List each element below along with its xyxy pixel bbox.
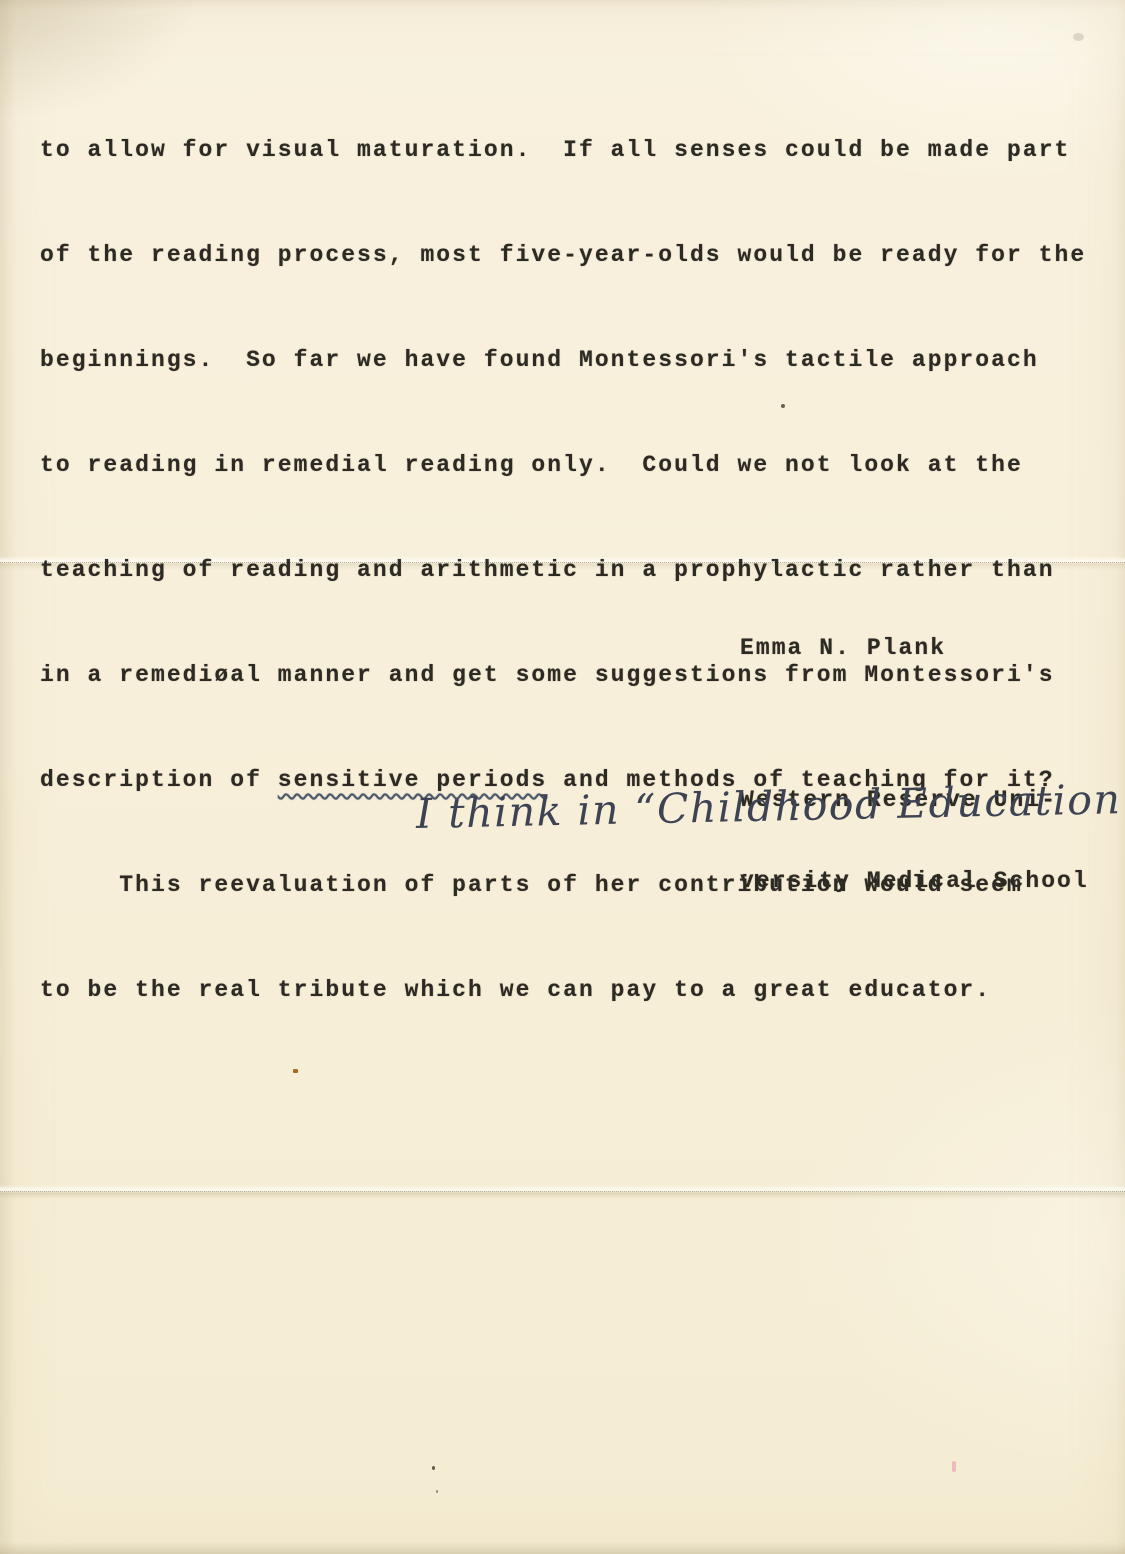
fold-crease-lower <box>0 1185 1125 1199</box>
body-line: beginnings. So far we have found Montess… <box>40 334 1086 387</box>
body-line-segment: description of <box>40 767 278 793</box>
body-line: to allow for visual maturation. If all s… <box>40 124 1086 177</box>
signature-affiliation: Western Reserve Uni- versity Medical Sch… <box>740 734 1089 948</box>
signature-affiliation-line: versity Medical School <box>740 867 1089 896</box>
paper-speck <box>432 1466 435 1470</box>
signature-name: Emma N. Plank <box>740 630 1089 666</box>
pencil-smudge <box>1073 33 1084 41</box>
body-line: to reading in remedial reading only. Cou… <box>40 439 1086 492</box>
scanned-letter-page: to allow for visual maturation. If all s… <box>0 0 1125 1554</box>
paper-speck <box>436 1490 438 1493</box>
paper-speck <box>952 1461 956 1472</box>
paper-speck <box>293 1069 298 1073</box>
body-line: of the reading process, most five-year-o… <box>40 229 1086 282</box>
